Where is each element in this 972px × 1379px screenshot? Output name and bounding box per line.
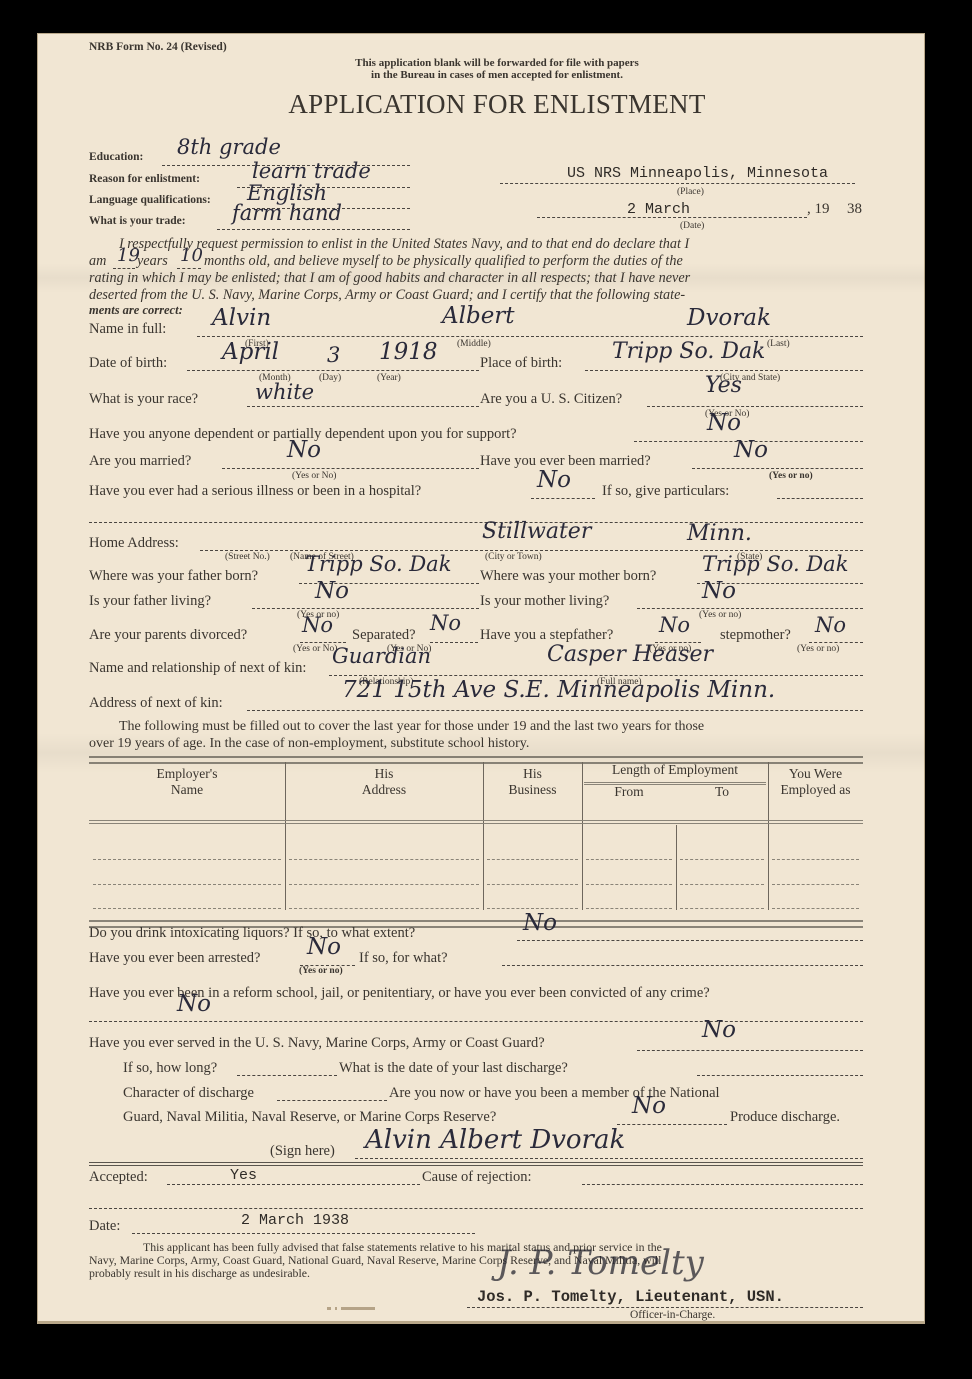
married-value[interactable]: No — [287, 437, 321, 463]
reform-line — [89, 1021, 863, 1022]
separated-line — [430, 642, 478, 643]
acceptance-date-label: Date: — [89, 1218, 120, 1235]
next-of-kin-name[interactable]: Casper Heaser — [547, 642, 713, 667]
dependents-value[interactable]: No — [707, 410, 741, 436]
birth-month[interactable]: April — [222, 339, 279, 365]
separated-label: Separated? — [352, 627, 416, 644]
applicant-signature[interactable]: Alvin Albert Dvorak — [365, 1125, 625, 1155]
birthplace-label: Place of birth: — [480, 355, 562, 372]
father-living-value[interactable]: No — [315, 578, 349, 604]
guard-label: Guard, Naval Militia, Naval Reserve, or … — [123, 1109, 496, 1126]
cell-employed-as[interactable] — [772, 884, 859, 885]
character-line — [277, 1100, 387, 1101]
mother-living-value[interactable]: No — [702, 578, 736, 604]
married-line — [222, 468, 479, 469]
birth-label: Date of birth: — [89, 355, 167, 372]
education-label: Education: — [89, 151, 143, 163]
declaration-line-1: I respectfully request permission to enl… — [119, 236, 689, 253]
stamp-mark — [341, 1307, 375, 1310]
caption-middle: (Middle) — [457, 339, 491, 349]
header-text: Business — [483, 782, 582, 798]
place-value[interactable]: US NRS Minneapolis, Minnesota — [567, 165, 828, 182]
language-label: Language qualifications: — [89, 194, 211, 206]
accepted-value[interactable]: Yes — [230, 1167, 257, 1184]
reason-value[interactable]: learn trade — [252, 159, 371, 183]
home-address-line — [200, 550, 863, 551]
mother-born-label: Where was your mother born? — [480, 568, 656, 585]
caption-last: (Last) — [767, 339, 790, 349]
acceptance-date-line — [132, 1233, 475, 1234]
declaration-am: am — [89, 253, 106, 270]
cell-employer-name[interactable] — [93, 884, 281, 885]
race-label: What is your race? — [89, 391, 198, 408]
ever-married-line — [692, 468, 863, 469]
header-employed-as: You Were Employed as — [768, 766, 863, 798]
place-line — [500, 183, 855, 184]
home-state[interactable]: Minn. — [687, 521, 752, 546]
declaration-line-3: rating in which I may be enlisted; that … — [89, 270, 690, 287]
how-long-line — [237, 1075, 337, 1076]
cell-business[interactable] — [487, 859, 578, 860]
accepted-label: Accepted: — [89, 1169, 148, 1186]
years-label: years — [137, 253, 168, 270]
cell-employer-name[interactable] — [93, 859, 281, 860]
table-top-rule — [89, 756, 863, 764]
form-number: NRB Form No. 24 (Revised) — [89, 41, 227, 53]
notice-line-2: in the Bureau in cases of men accepted f… — [197, 69, 797, 81]
stepmother-caption: (Yes or no) — [797, 644, 839, 654]
cell-to[interactable] — [680, 859, 764, 860]
next-of-kin-address-line — [247, 710, 863, 711]
header-text: His — [285, 766, 483, 782]
liquor-line — [517, 940, 863, 941]
employment-note-2: over 19 years of age. In the case of non… — [89, 736, 529, 752]
mother-living-line — [637, 608, 863, 609]
birth-year[interactable]: 1918 — [379, 339, 438, 365]
cell-employed-as[interactable] — [772, 859, 859, 860]
trade-line — [217, 229, 410, 230]
form-title: APPLICATION FOR ENLISTMENT — [197, 89, 797, 120]
rejection-line — [582, 1184, 863, 1185]
name-label: Name in full: — [89, 321, 166, 338]
signature-rule — [89, 1162, 863, 1166]
name-first[interactable]: Alvin — [212, 305, 271, 331]
caption-year: (Year) — [377, 373, 401, 383]
header-text: Employer's — [89, 766, 285, 782]
place-caption: (Place) — [677, 187, 704, 197]
cell-business[interactable] — [487, 908, 578, 909]
ever-married-value[interactable]: No — [734, 437, 768, 463]
cell-employer-name[interactable] — [93, 908, 281, 909]
cell-from[interactable] — [586, 859, 672, 860]
served-value[interactable]: No — [702, 1017, 736, 1043]
officer-title: Officer-in-Charge. — [630, 1309, 715, 1321]
race-value[interactable]: white — [255, 380, 314, 404]
caption-street-no: (Street No.) — [225, 552, 270, 562]
header-text: Employed as — [768, 782, 863, 798]
enlistment-form-paper: NRB Form No. 24 (Revised) This applicati… — [37, 33, 925, 1324]
cell-employed-as[interactable] — [772, 908, 859, 909]
education-value[interactable]: 8th grade — [177, 135, 281, 159]
cell-address[interactable] — [289, 908, 479, 909]
header-text: You Were — [768, 766, 863, 782]
member-label: Are you now or have you been a member of… — [389, 1085, 720, 1102]
father-born-label: Where was your father born? — [89, 568, 258, 585]
next-of-kin-relationship[interactable]: Guardian — [332, 644, 431, 668]
arrested-what-line — [502, 965, 863, 966]
illness-value[interactable]: No — [537, 467, 571, 493]
father-living-line — [252, 608, 479, 609]
officer-signature: J. P. Tomelty — [497, 1243, 704, 1283]
header-to: To — [676, 784, 768, 800]
header-from: From — [582, 784, 676, 800]
arrested-what-label: If so, for what? — [359, 950, 448, 967]
date-year-suffix[interactable]: 38 — [847, 201, 862, 218]
illness-line — [531, 498, 595, 499]
name-middle[interactable]: Albert — [442, 303, 515, 329]
months-line — [177, 268, 201, 269]
birth-day[interactable]: 3 — [327, 343, 340, 367]
trade-label: What is your trade: — [89, 215, 186, 227]
father-living-label: Is your father living? — [89, 593, 211, 610]
header-text: Address — [285, 782, 483, 798]
accepted-line — [167, 1184, 420, 1185]
officer-line — [467, 1307, 863, 1308]
date-caption: (Date) — [680, 221, 704, 231]
how-long-label: If so, how long? — [123, 1060, 217, 1077]
father-born-value[interactable]: Tripp So. Dak — [305, 552, 451, 576]
employment-note-1: The following must be filled out to cove… — [119, 719, 704, 735]
mother-born-value[interactable]: Tripp So. Dak — [702, 552, 848, 576]
stepmother-label: stepmother? — [720, 627, 791, 644]
mother-living-caption: (Yes or no) — [699, 610, 741, 620]
birthplace-value[interactable]: Tripp So. Dak — [612, 339, 765, 364]
cell-from[interactable] — [586, 884, 672, 885]
next-of-kin-address[interactable]: 721 15th Ave S.E. Minneapolis Minn. — [342, 677, 775, 703]
served-line — [637, 1050, 863, 1051]
declaration-line-4: deserted from the U. S. Navy, Marine Cor… — [89, 287, 685, 304]
last-discharge-label: What is the date of your last discharge? — [339, 1060, 568, 1077]
guard-value[interactable]: No — [632, 1093, 666, 1119]
next-of-kin-line — [329, 675, 863, 676]
arrested-label: Have you ever been arrested? — [89, 950, 261, 967]
illness-label: Have you ever had a serious illness or b… — [89, 483, 421, 500]
cell-address[interactable] — [289, 859, 479, 860]
separated-value[interactable]: No — [430, 611, 461, 635]
notice-line-1: This application blank will be forwarded… — [197, 57, 797, 69]
next-of-kin-address-label: Address of next of kin: — [89, 695, 223, 712]
cell-from[interactable] — [586, 908, 672, 909]
sign-here-label: (Sign here) — [270, 1143, 335, 1160]
home-city[interactable]: Stillwater — [482, 519, 591, 544]
particulars-label: If so, give particulars: — [602, 483, 729, 500]
arrested-value[interactable]: No — [307, 934, 341, 960]
arrested-caption: (Yes or no) — [299, 966, 343, 976]
reason-label: Reason for enlistment: — [89, 173, 200, 185]
advisory-line-3: probably result in his discharge as unde… — [89, 1266, 310, 1281]
date-value[interactable]: 2 March — [627, 201, 690, 218]
cell-business[interactable] — [487, 884, 578, 885]
caption-city: (City or Town) — [485, 552, 542, 562]
stepmother-value[interactable]: No — [815, 613, 846, 637]
caption-day: (Day) — [319, 373, 341, 383]
acceptance-date-value[interactable]: 2 March 1938 — [241, 1212, 349, 1229]
rejection-label: Cause of rejection: — [422, 1169, 532, 1186]
race-line — [247, 406, 479, 407]
cell-address[interactable] — [289, 884, 479, 885]
produce-discharge-label: Produce discharge. — [730, 1109, 840, 1126]
table-header-rule — [89, 820, 863, 824]
mother-living-label: Is your mother living? — [480, 593, 609, 610]
cell-to[interactable] — [680, 908, 764, 909]
citizen-value[interactable]: Yes — [705, 373, 742, 398]
citizen-line — [647, 406, 863, 407]
divorced-line — [300, 642, 346, 643]
divorced-value[interactable]: No — [302, 613, 333, 637]
header-text: Name — [89, 782, 285, 798]
header-length: Length of Employment — [582, 762, 768, 778]
name-last[interactable]: Dvorak — [687, 305, 771, 331]
stamp-mark — [327, 1307, 331, 1310]
home-address-label: Home Address: — [89, 535, 179, 552]
married-caption: (Yes or No) — [292, 471, 336, 481]
name-line — [197, 336, 863, 337]
officer-typed-name: Jos. P. Tomelty, Lieutenant, USN. — [477, 1288, 784, 1306]
rejection-line-2 — [89, 1208, 863, 1209]
header-employer-name: Employer's Name — [89, 766, 285, 798]
character-label: Character of discharge — [123, 1085, 254, 1102]
reform-value[interactable]: No — [177, 991, 211, 1017]
stepmother-line — [809, 642, 863, 643]
guard-line — [617, 1124, 727, 1125]
married-label: Are you married? — [89, 453, 191, 470]
particulars-line — [777, 498, 863, 499]
date-year-prefix: , 19 — [807, 201, 830, 218]
birthplace-line — [585, 370, 863, 371]
signature-line — [355, 1158, 863, 1159]
last-discharge-line — [697, 1075, 863, 1076]
declaration-line-5: ments are correct: — [89, 303, 183, 318]
stepfather-value[interactable]: No — [659, 613, 690, 637]
ever-married-caption: (Yes or no) — [769, 471, 813, 481]
col-divider — [676, 825, 677, 910]
liquor-label: Do you drink intoxicating liquors? If so… — [89, 925, 415, 942]
trade-value[interactable]: farm hand — [232, 201, 342, 225]
cell-to[interactable] — [680, 884, 764, 885]
header-address: His Address — [285, 766, 483, 798]
divorced-label: Are your parents divorced? — [89, 627, 247, 644]
next-of-kin-label: Name and relationship of next of kin: — [89, 660, 306, 677]
years-line — [113, 268, 135, 269]
served-label: Have you ever served in the U. S. Navy, … — [89, 1035, 545, 1052]
liquor-value[interactable]: No — [523, 910, 557, 936]
header-text: His — [483, 766, 582, 782]
citizen-label: Are you a U. S. Citizen? — [480, 391, 622, 408]
months-value[interactable]: 10 — [180, 245, 203, 266]
birth-line — [187, 370, 479, 371]
months-label: months old, and believe myself to be phy… — [204, 253, 683, 270]
divorced-caption: (Yes or No) — [293, 644, 337, 654]
header-business: His Business — [483, 766, 582, 798]
stamp-mark — [335, 1307, 337, 1310]
